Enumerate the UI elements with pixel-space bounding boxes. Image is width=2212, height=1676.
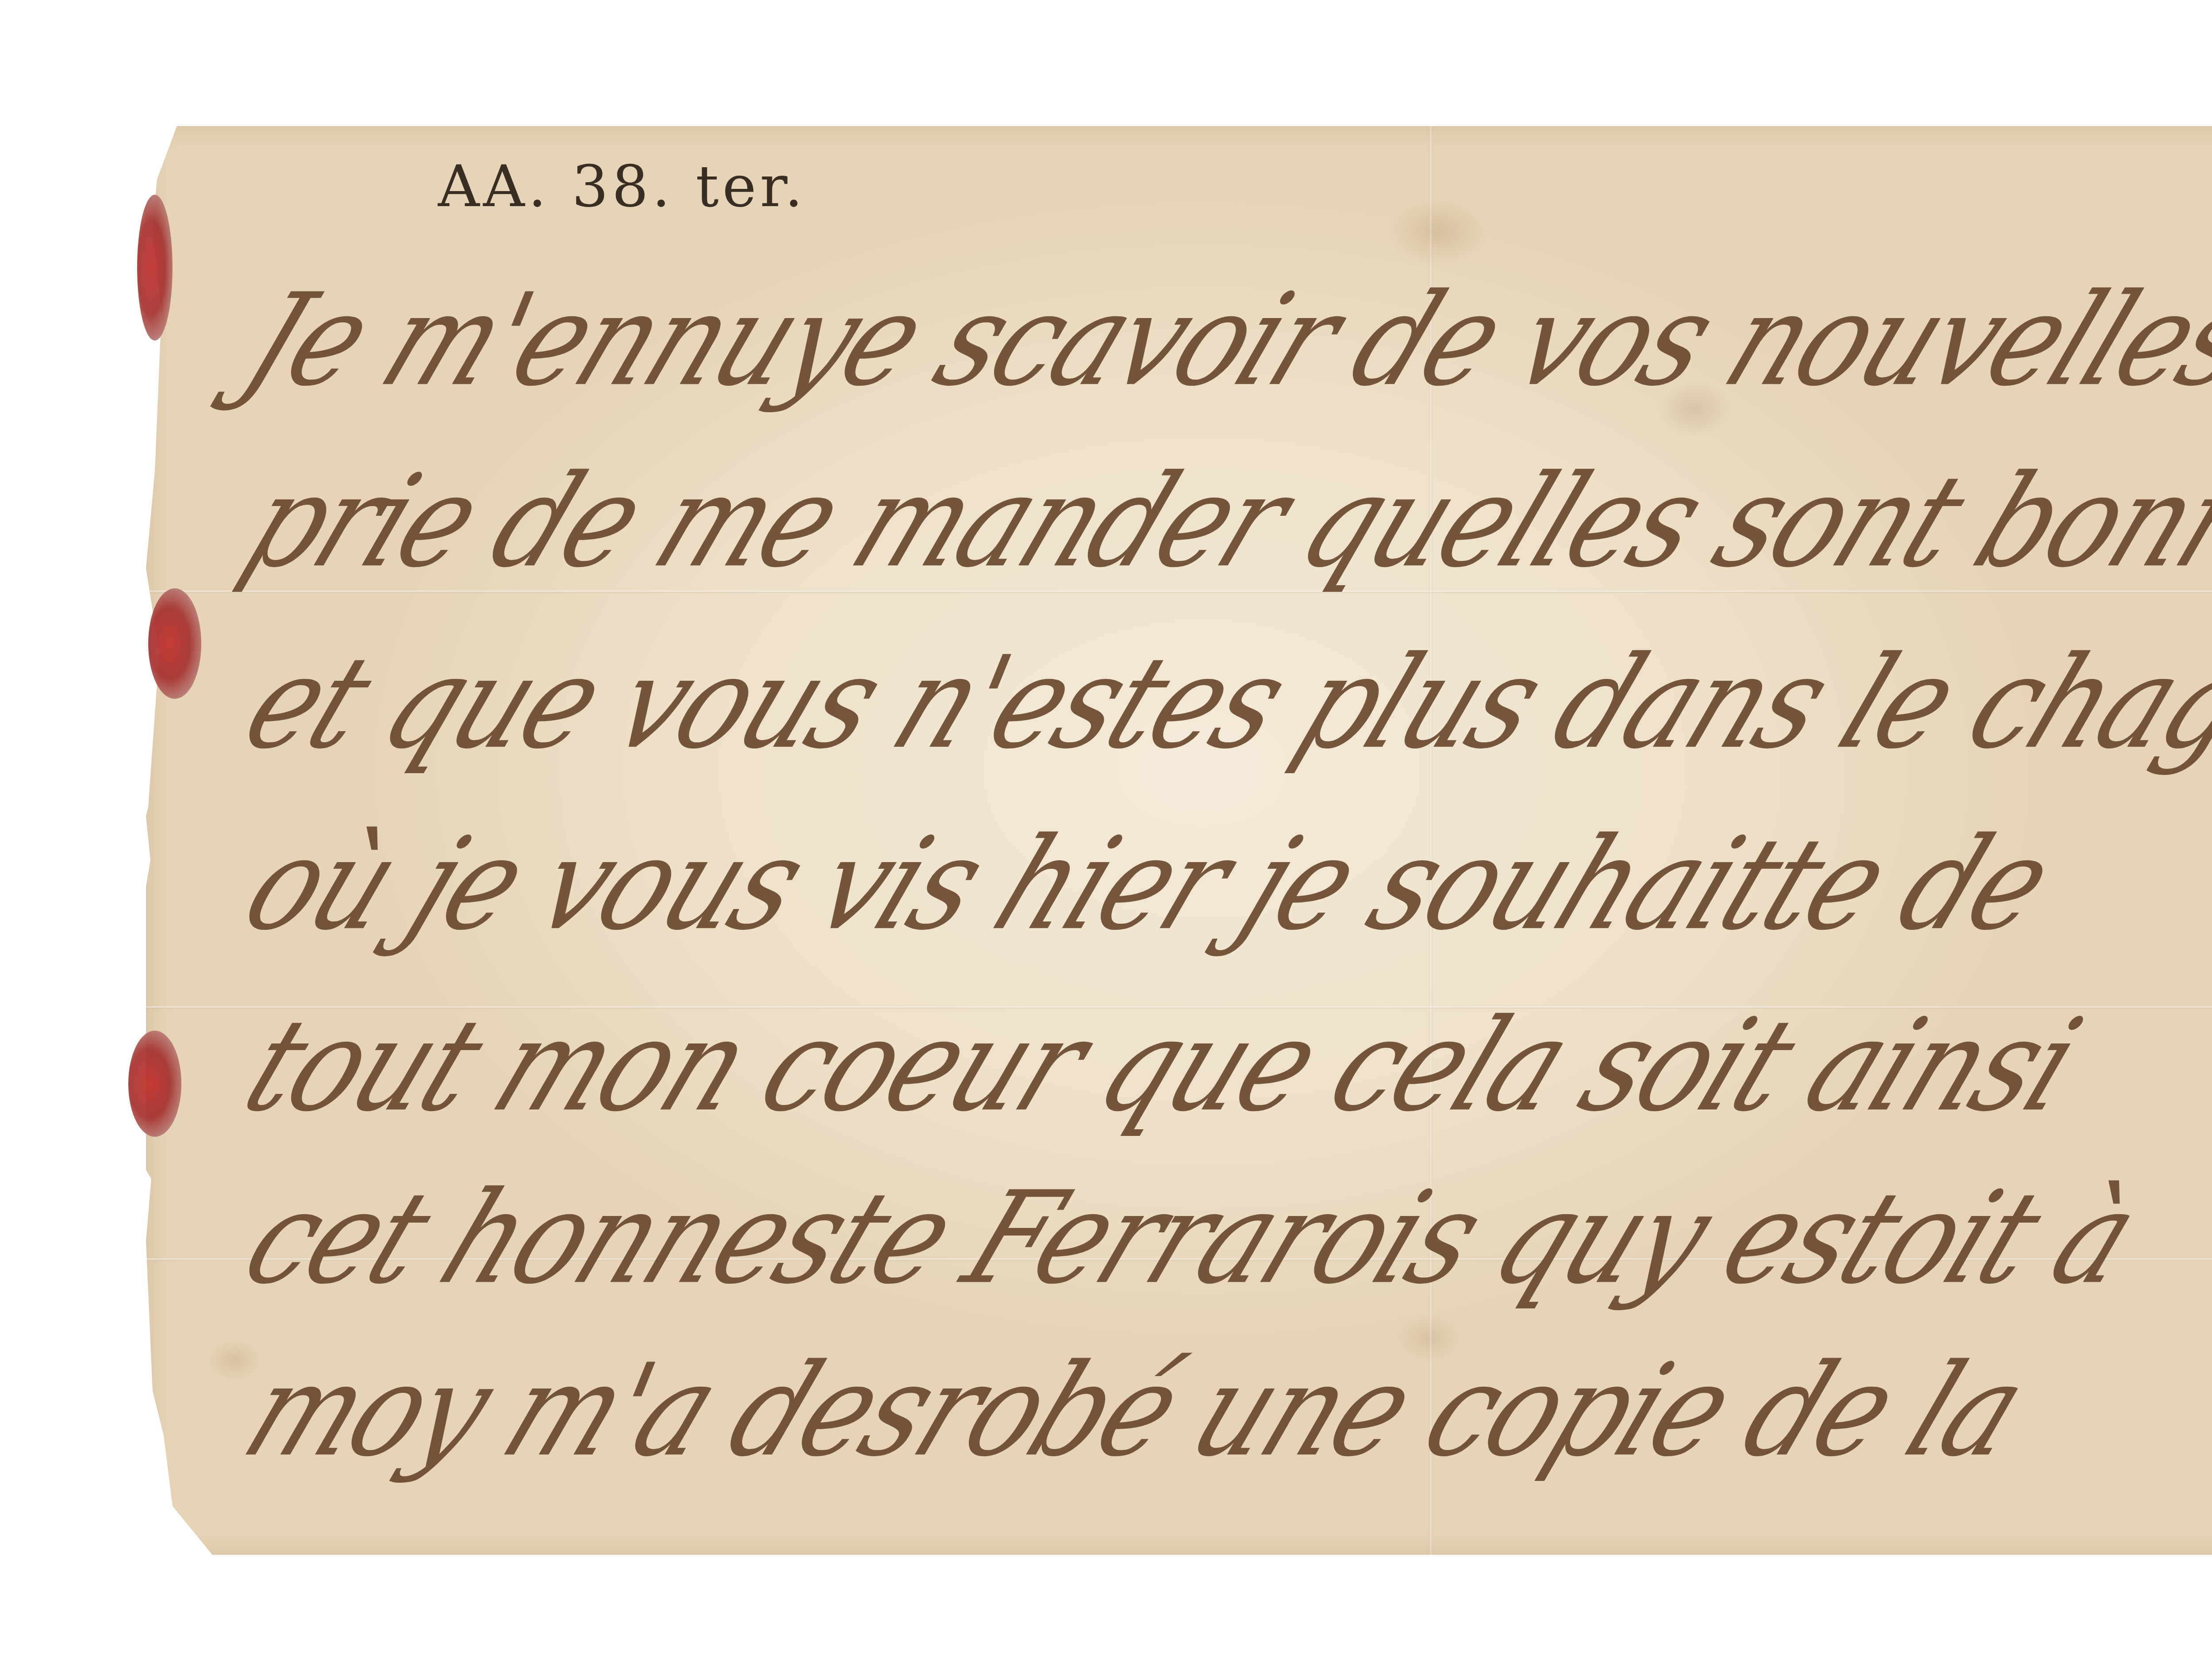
wax-seal-remnant — [137, 195, 173, 341]
letter-line-4: où je vous vis hier je souhaitte de — [226, 810, 2070, 958]
letter-line-6: cet honneste Ferrarois quy estoit à — [226, 1164, 2155, 1312]
letter-line-2: prie de me mander quelles sont bonnes — [226, 447, 2212, 595]
wax-seal-remnant — [148, 588, 201, 699]
letter-sheet: AA. 38. ter. Je m'ennuye scavoir de vos … — [146, 126, 2212, 1555]
letter-line-1: Je m'ennuye scavoir de vos nouvelles je … — [226, 266, 2212, 414]
archival-shelfmark: AA. 38. ter. — [438, 153, 806, 220]
letter-line-3: et que vous n'estes plus dans le chagrin — [226, 629, 2212, 777]
letter-line-7: moy m'a desrobé une copie de la — [226, 1336, 2043, 1484]
letter-line-5: tout mon coeur que cela soit ainsi — [226, 991, 2098, 1139]
wax-seal-remnant — [128, 1031, 181, 1137]
